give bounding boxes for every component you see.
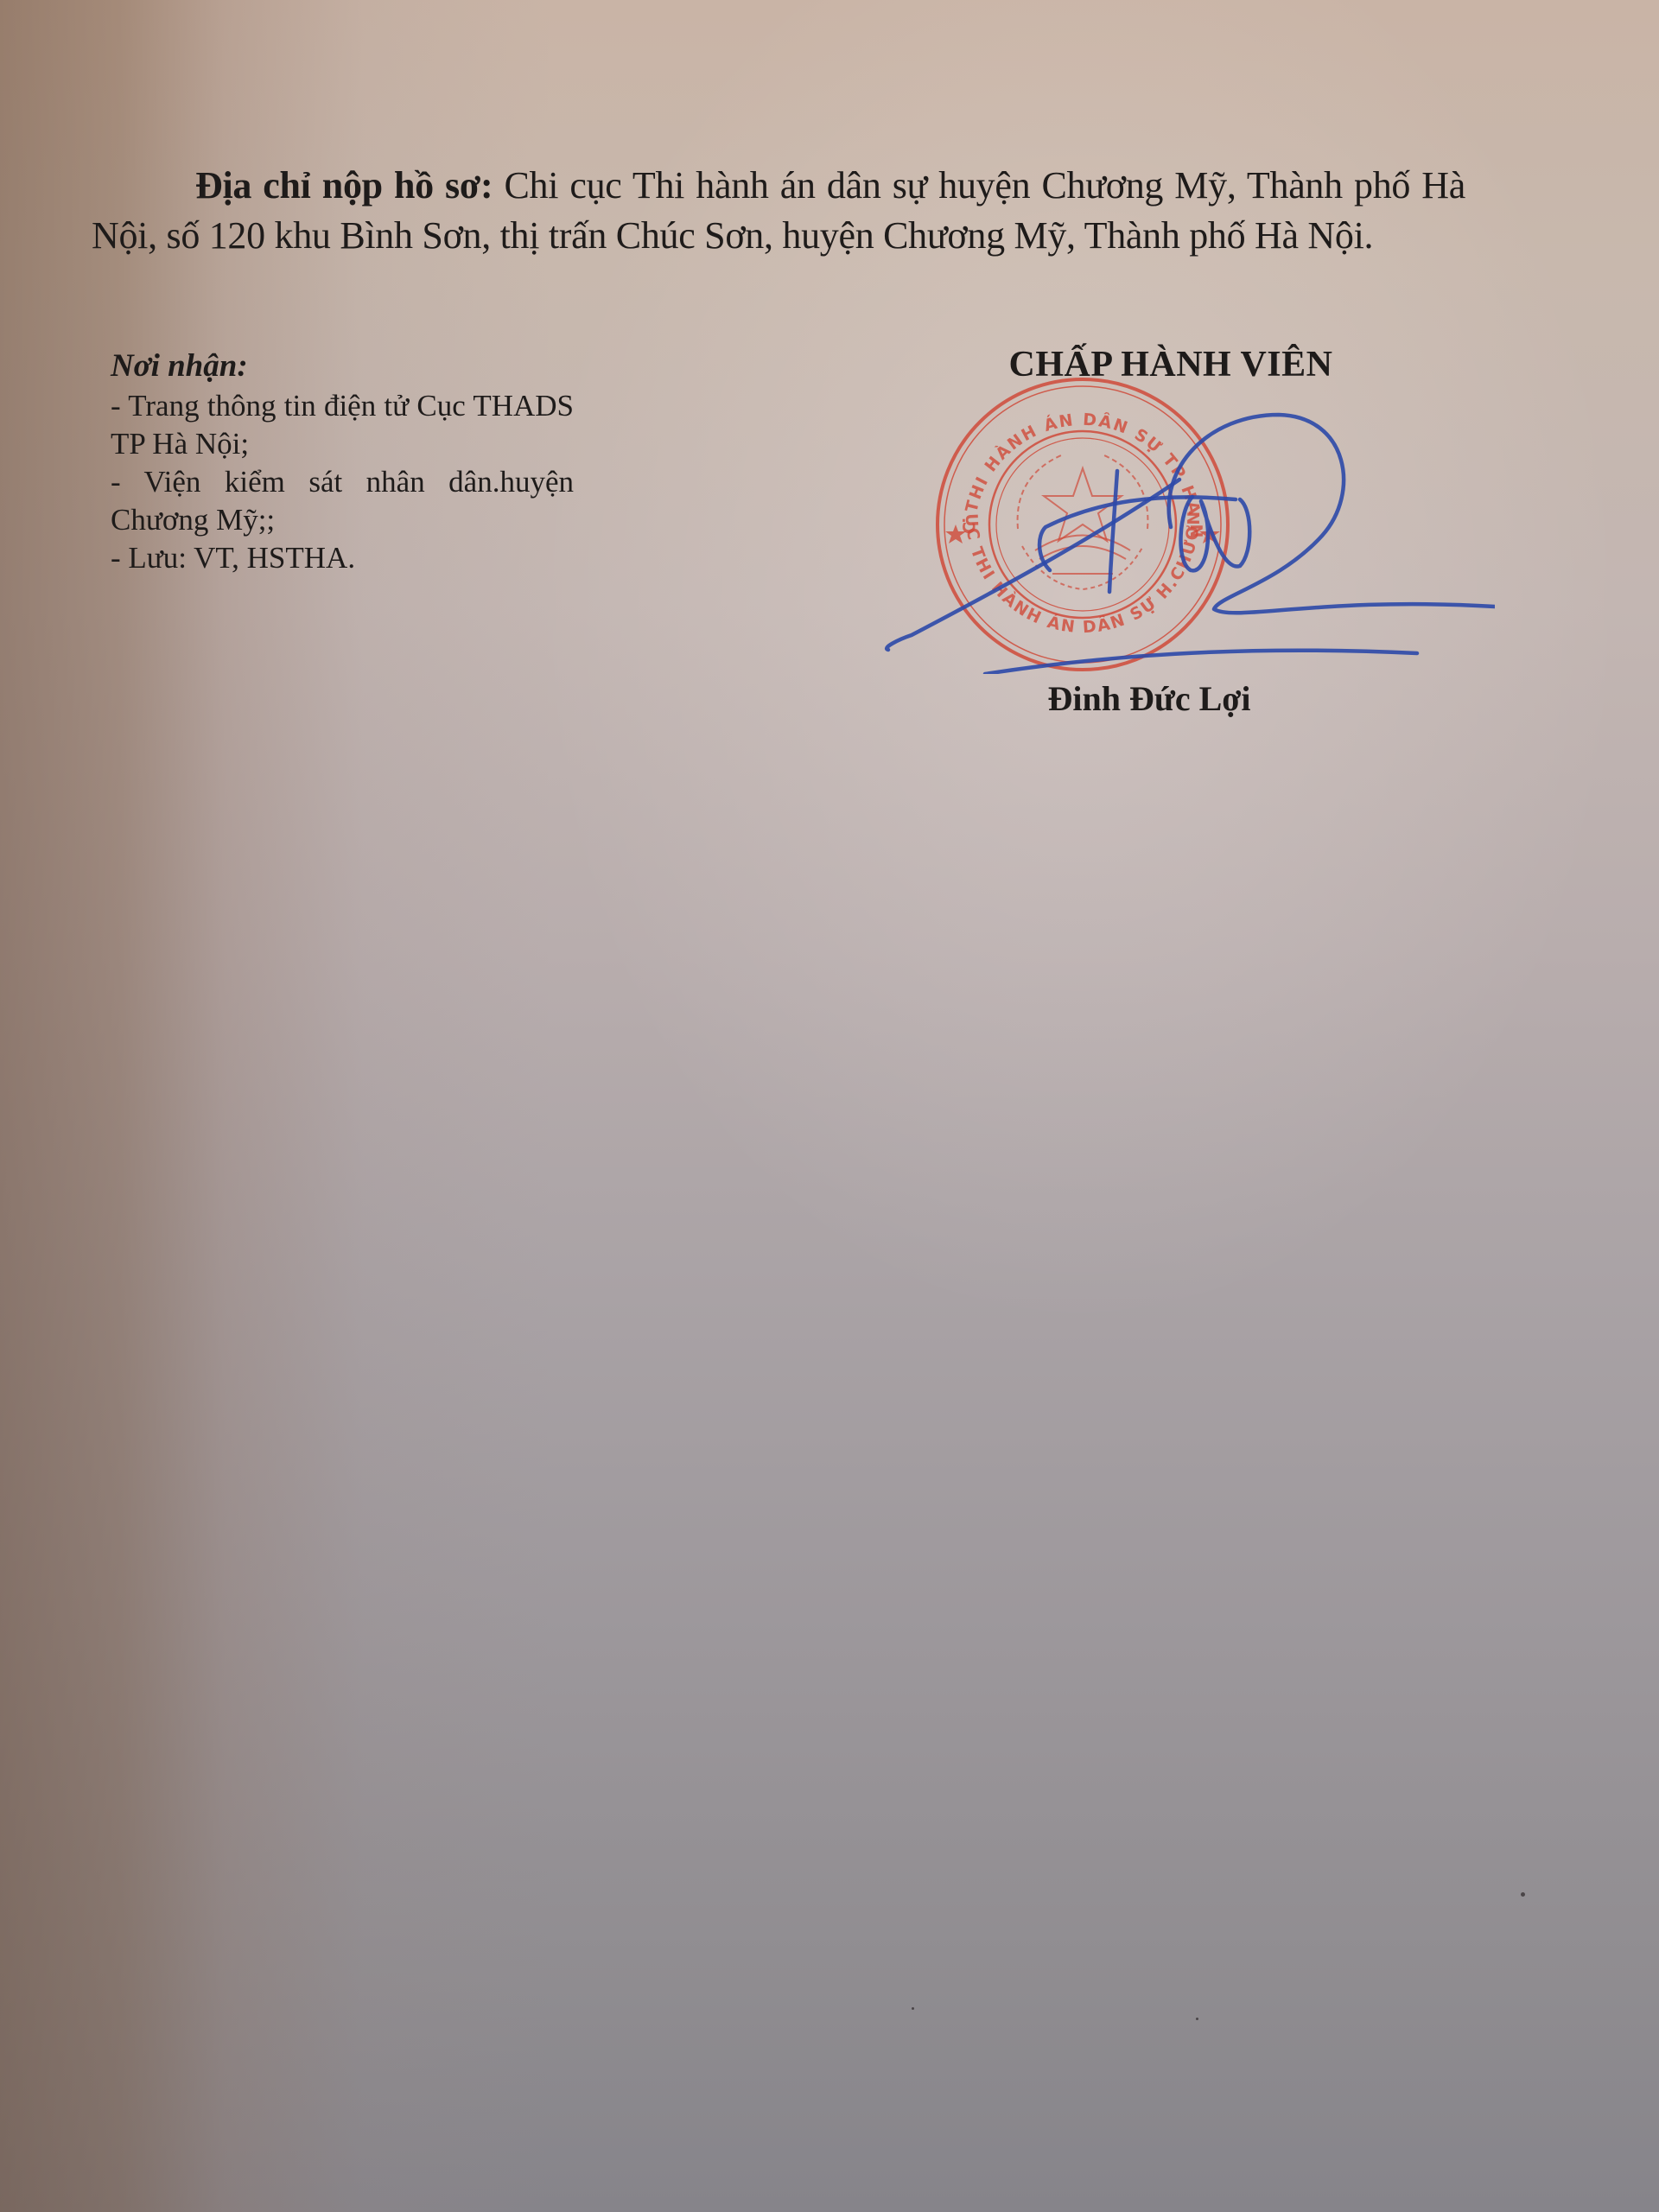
recipient-item: - Viện kiểm sát nhân dân.huyện Chương Mỹ…	[111, 463, 574, 539]
submission-address-label: Địa chỉ nộp hồ sơ:	[195, 164, 493, 207]
signer-name: Đinh Đức Lợi	[976, 678, 1322, 719]
paper-speck	[1196, 2018, 1198, 2020]
handwritten-signature	[873, 397, 1495, 674]
recipients-block: Nơi nhận: - Trang thông tin điện tử Cục …	[111, 347, 574, 577]
document-page: Địa chỉ nộp hồ sơ: Chi cục Thi hành án d…	[0, 0, 1659, 2212]
recipient-item: - Lưu: VT, HSTHA.	[111, 539, 574, 577]
signer-title: CHẤP HÀNH VIÊN	[968, 344, 1374, 385]
submission-address-paragraph: Địa chỉ nộp hồ sơ: Chi cục Thi hành án d…	[92, 161, 1465, 261]
paper-speck	[1521, 1892, 1525, 1897]
paper-sheen	[0, 0, 1659, 2212]
recipients-heading: Nơi nhận:	[111, 347, 574, 385]
paper-speck	[912, 2007, 914, 2010]
recipient-item: - Trang thông tin điện tử Cục THADS TP H…	[111, 387, 574, 463]
